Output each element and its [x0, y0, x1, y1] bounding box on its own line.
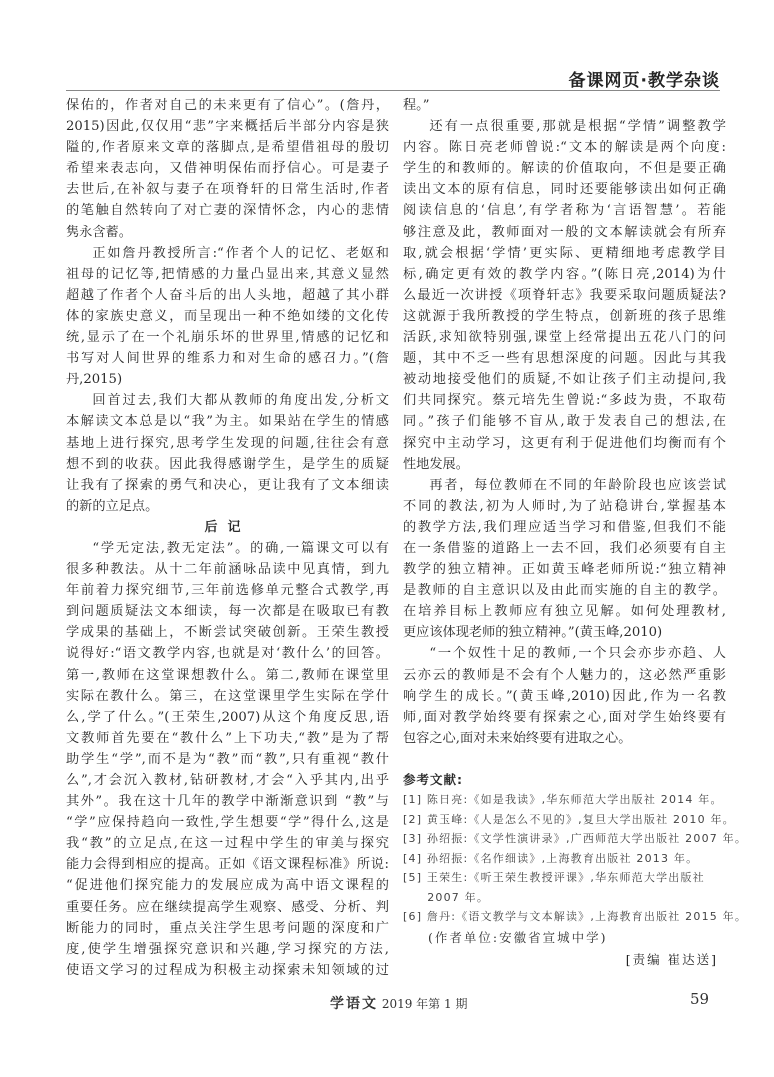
text-line: 取,就会根据‘学情’更实际、更精细地考虑教学目: [403, 243, 726, 264]
text-line: 这就源于我所教授的学生特点，创新班的孩子思维: [403, 306, 726, 327]
header-divider: [66, 90, 720, 91]
references-title: 参考文献:: [403, 769, 726, 790]
text-line: 么最近一次讲授《项脊轩志》我要采取问题质疑法?: [403, 285, 726, 306]
text-line: 助学生“学”,而不是为“教”而“教”,只有重视“教什: [66, 749, 389, 770]
text-line: 够注意及此，教师面对一般的文本解读就会有所弃: [403, 222, 726, 243]
reference-item-continuation: 2007 年。: [403, 888, 726, 908]
text-line: 隘的,作者原来文章的落脚点,是希望借祖母的殷切: [66, 137, 389, 158]
text-line: 被动地接受他们的质疑,不如让孩子们主动提问,我: [403, 369, 726, 390]
text-line: 云亦云的教师是不会有个人魅力的，这必然严重影: [403, 665, 726, 686]
text-line: 程。”: [403, 95, 726, 116]
text-line: 统,显示了在一个礼崩乐坏的世界里,情感的记忆和: [66, 327, 389, 348]
text-line: 希望来表志向，又借神明保佑而抒信心。可是妻子: [66, 158, 389, 179]
text-line: 再者，每位教师在不同的年龄阶段也应该尝试: [403, 475, 726, 496]
text-line: 同。”孩子们能够不盲从,敢于发表自己的想法,在: [403, 411, 726, 432]
text-line: 么”,才会沉入教材,钻研教材,才会“入乎其内,出乎: [66, 770, 389, 791]
text-line: 性地发展。: [403, 454, 726, 475]
paragraph: “一个奴性十足的教师,一个只会亦步亦趋、人 云亦云的教师是不会有个人魅力的，这必…: [403, 643, 726, 748]
left-column: 保佑的，作者对自己的未来更有了信心”。(詹丹， 2015)因此,仅仅用“悲”字来…: [66, 95, 389, 981]
text-line: 度,使学生增强探究意识和兴趣,学习探究的方法,: [66, 939, 389, 960]
text-line: 断能力的同时，重点关注学生思考问题的深度和广: [66, 918, 389, 939]
text-line: 让我有了探索的勇气和决心，更让我有了文本细读: [66, 475, 389, 496]
text-line: 的新的立足点。: [66, 496, 389, 517]
text-line: 教学的独立精神。正如黄玉峰老师所说:“独立精神: [403, 559, 726, 580]
magazine-name: 学语文: [330, 996, 378, 1012]
page-number: 59: [690, 990, 709, 1008]
responsible-editor: [责编 崔达送]: [403, 948, 726, 972]
text-line: 活跃,求知欲特别强,课堂上经常提出五花八门的问: [403, 327, 726, 348]
text-line: 在培养目标上教师应有独立见解。如何处理教材,: [403, 601, 726, 622]
text-line: 读出文本的原有信息，同时还要能够读出如何正确: [403, 179, 726, 200]
text-line: 很多种教法。从十二年前涵咏品读中见真情，到九: [66, 559, 389, 580]
text-line: 在一条借鉴的道路上一去不回，我们必须要有自主: [403, 538, 726, 559]
reference-item: [5] 王荣生:《听王荣生教授评课》,华东师范大学出版社: [403, 868, 726, 888]
reference-item: [1] 陈日亮:《如是我读》,华东师范大学出版社 2014 年。: [403, 790, 726, 810]
text-line: 我“教”的立足点,在这一过程中学生的审美与探究: [66, 833, 389, 854]
text-line: 文教师首先要在“教什么”上下功夫,“教”是为了帮: [66, 728, 389, 749]
text-line: 响学生的成长。”(黄玉峰,2010)因此,作为一名教: [403, 686, 726, 707]
text-line: 基地上进行探究,思考学生发现的问题,往往会有意: [66, 433, 389, 454]
text-line: 2015)因此,仅仅用“悲”字来概括后半部分内容是狭: [66, 116, 389, 137]
text-line: 标,确定更有效的教学内容。”(陈日亮,2014)为什: [403, 264, 726, 285]
author-affiliation: (作者单位:安徽省宣城中学): [403, 927, 726, 948]
issue-info: 2019 年第 1 期: [382, 997, 468, 1011]
reference-item: [4] 孙绍振:《名作细读》,上海教育出版社 2013 年。: [403, 849, 726, 869]
running-header: 备课网页·教学杂谈: [569, 66, 720, 91]
text-line: 超越了作者个人奋斗后的出人头地，超越了其小群: [66, 285, 389, 306]
right-column: 程。” 还有一点很重要,那就是根据“学情”调整教学 内容。陈日亮老师曾说:“文本…: [403, 95, 726, 972]
page-footer: 学语文 2019 年第 1 期: [330, 993, 467, 1013]
text-line: 本解读文本总是以“我”为主。如果站在学生的情感: [66, 411, 389, 432]
text-line: 第一,教师在这堂课想教什么。第二,教师在课堂里: [66, 665, 389, 686]
paragraph: 还有一点很重要,那就是根据“学情”调整教学 内容。陈日亮老师曾说:“文本的解读是…: [403, 116, 726, 475]
paragraph: 回首过去,我们大都从教师的角度出发,分析文 本解读文本总是以“我”为主。如果站在…: [66, 390, 389, 517]
reference-item: [3] 孙绍振:《文学性演讲录》,广西师范大学出版社 2007 年。: [403, 829, 726, 849]
section-title: 后记: [66, 517, 389, 538]
paragraph: 正如詹丹教授所言:“作者个人的记忆、老妪和 祖母的记忆等,把情感的力量凸显出来,…: [66, 243, 389, 391]
text-line: 想不到的收获。因此我得感谢学生，是学生的质疑: [66, 454, 389, 475]
paragraph: 再者，每位教师在不同的年龄阶段也应该尝试 不同的教法,初为人师时,为了站稳讲台,…: [403, 475, 726, 644]
text-line: 说得好:“语文教学内容,也就是对‘教什么’的回答。: [66, 643, 389, 664]
text-line: 年前着力探究细节,三年前选修单元整合式教学,再: [66, 580, 389, 601]
text-line: 祖母的记忆等,把情感的力量凸显出来,其意义显然: [66, 264, 389, 285]
text-line: 么,学了什么。”(王荣生,2007)从这个角度反思,语: [66, 707, 389, 728]
text-line: 丹,2015): [66, 369, 389, 390]
text-line: 阅读信息的‘信息’,有学者称为‘言语智慧’。若能: [403, 200, 726, 221]
text-line: 正如詹丹教授所言:“作者个人的记忆、老妪和: [66, 243, 389, 264]
reference-item: [6] 詹丹:《语文教学与文本解读》,上海教育出版社 2015 年。: [403, 907, 726, 927]
reference-item: [2] 黄玉峰:《人是怎么不见的》,复旦大学出版社 2010 年。: [403, 810, 726, 830]
text-line: “一个奴性十足的教师,一个只会亦步亦趋、人: [403, 643, 726, 664]
text-line: 回首过去,我们大都从教师的角度出发,分析文: [66, 390, 389, 411]
text-line: 学生的和教师的。解读的价值取向，不但是要正确: [403, 158, 726, 179]
text-line: 到问题质疑法文本细读，每一次都是在吸取已有教: [66, 601, 389, 622]
text-line: 其外”。我在这十几年的教学中渐渐意识到 “教”与: [66, 791, 389, 812]
paragraph: “学无定法,教无定法”。的确,一篇课文可以有 很多种教法。从十二年前涵咏品读中见…: [66, 538, 389, 981]
text-line: 们共同探究。蔡元培先生曾说:“多歧为贵，不取苟: [403, 390, 726, 411]
text-line: “学”应保持趋向一致性,学生想要“学”得什么,这是: [66, 812, 389, 833]
text-line: 不同的教法,初为人师时,为了站稳讲台,掌握基本: [403, 496, 726, 517]
text-line: 能力会得到相应的提高。正如《语文课程标准》所说:: [66, 854, 389, 875]
text-line: “促进他们探究能力的发展应成为高中语文课程的: [66, 875, 389, 896]
text-line: 的教学方法,我们理应适当学习和借鉴,但我们不能: [403, 517, 726, 538]
text-line: 的笔触自然转向了对亡妻的深情怀念，内心的悲情: [66, 200, 389, 221]
text-line: 探究中主动学习，这更有利于促进他们均衡而有个: [403, 433, 726, 454]
paragraph: 程。”: [403, 95, 726, 116]
text-line: 体的家族史意义，而呈现出一种不绝如缕的文化传: [66, 306, 389, 327]
text-line: 师,面对教学始终要有探索之心,面对学生始终要有: [403, 707, 726, 728]
text-line: 实际在教什么。第三，在这堂课里学生实际在学什: [66, 686, 389, 707]
references-list: [1] 陈日亮:《如是我读》,华东师范大学出版社 2014 年。 [2] 黄玉峰…: [403, 790, 726, 927]
text-line: 书写对人间世界的维系力和对生命的感召力。”(詹: [66, 348, 389, 369]
text-line: 还有一点很重要,那就是根据“学情”调整教学: [403, 116, 726, 137]
text-line: 内容。陈日亮老师曾说:“文本的解读是两个向度:: [403, 137, 726, 158]
text-line: “学无定法,教无定法”。的确,一篇课文可以有: [66, 538, 389, 559]
text-line: 学成果的基础上，不断尝试突破创新。王荣生教授: [66, 622, 389, 643]
text-line: 重要任务。应在继续提高学生观察、感受、分析、判: [66, 897, 389, 918]
text-line: 保佑的，作者对自己的未来更有了信心”。(詹丹，: [66, 95, 389, 116]
text-line: 更应该体现老师的独立精神。”(黄玉峰,2010): [403, 622, 726, 643]
text-line: 是教师的自主意识以及由此而实施的自主的教学。: [403, 580, 726, 601]
text-line: 隽永含蓄。: [66, 222, 389, 243]
paragraph: 保佑的，作者对自己的未来更有了信心”。(詹丹， 2015)因此,仅仅用“悲”字来…: [66, 95, 389, 243]
text-line: 去世后,在补叙与妻子在项脊轩的日常生活时,作者: [66, 179, 389, 200]
text-line: 题，其中不乏一些有思想深度的问题。因此与其我: [403, 348, 726, 369]
text-line: 使语文学习的过程成为积极主动探索未知领域的过: [66, 960, 389, 981]
text-line: 包容之心,面对未来始终要有进取之心。: [403, 728, 726, 749]
